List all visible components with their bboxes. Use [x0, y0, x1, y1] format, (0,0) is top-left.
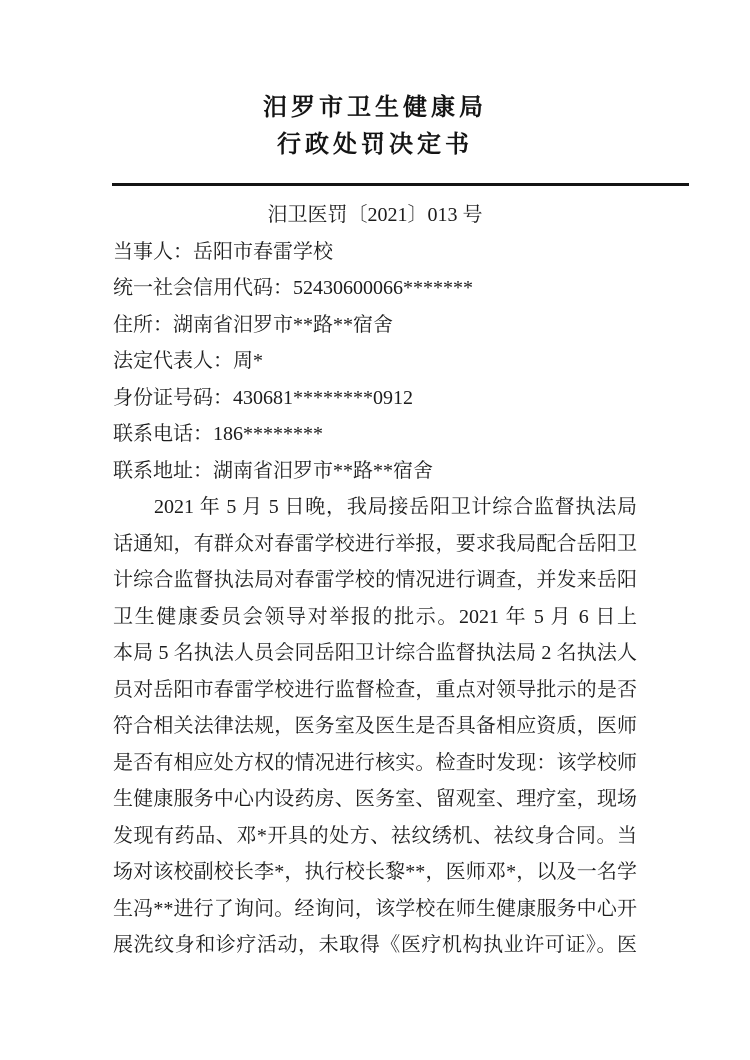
- body-text-line: 发现有药品、邓*开具的处方、祛纹绣机、祛纹身合同。当: [113, 818, 637, 855]
- body-text-line: 展洗纹身和诊疗活动，未取得《医疗机构执业许可证》。医: [113, 927, 637, 964]
- body-text-line: 生冯**进行了询问。经询问，该学校在师生健康服务中心开: [113, 891, 637, 928]
- party-info-section: 当事人：岳阳市春雷学校统一社会信用代码：52430600066*******住所…: [113, 234, 637, 490]
- party-info-line: 身份证号码：430681********0912: [113, 380, 637, 417]
- body-text-line: 场对该校副校长李*，执行校长黎**，医师邓*，以及一名学: [113, 854, 637, 891]
- body-paragraph: 2021 年 5 月 5 日晚，我局接岳阳卫计综合监督执法局电话通知，有群众对春…: [113, 489, 637, 964]
- document-page: 汨罗市卫生健康局 行政处罚决定书 汨卫医罚〔2021〕013 号 当事人：岳阳市…: [0, 0, 750, 1060]
- body-text-line: 是否有相应处方权的情况进行核实。检查时发现：该学校师: [113, 745, 637, 782]
- body-text-line: 生健康服务中心内设药房、医务室、留观室、理疗室，现场: [113, 781, 637, 818]
- body-text-line: 话通知，有群众对春雷学校进行举报，要求我局配合岳阳卫: [113, 526, 637, 563]
- document-number: 汨卫医罚〔2021〕013 号: [113, 197, 637, 234]
- party-info-line: 当事人：岳阳市春雷学校: [113, 234, 637, 271]
- body-text-line: 计综合监督执法局对春雷学校的情况进行调查，并发来岳阳: [113, 562, 637, 599]
- body-text-line: 2021 年 5 月 5 日晚，我局接岳阳卫计综合监督执法局电: [113, 489, 637, 526]
- body-text-line: 员对岳阳市春雷学校进行监督检查，重点对领导批示的是否: [113, 672, 637, 709]
- party-info-line: 法定代表人：周*: [113, 343, 637, 380]
- title-line-doctype: 行政处罚决定书: [0, 127, 750, 164]
- body-text-line: 卫生健康委员会领导对举报的批示。2021 年 5 月 6 日上午，: [113, 599, 637, 636]
- body-text-line: 符合相关法律法规，医务室及医生是否具备相应资质，医师: [113, 708, 637, 745]
- document-title: 汨罗市卫生健康局 行政处罚决定书: [0, 90, 750, 164]
- party-info-line: 住所：湖南省汨罗市**路**宿舍: [113, 307, 637, 344]
- document-content: 汨卫医罚〔2021〕013 号 当事人：岳阳市春雷学校统一社会信用代码：5243…: [113, 197, 637, 964]
- party-info-line: 联系地址：湖南省汨罗市**路**宿舍: [113, 453, 637, 490]
- body-text-line: 本局 5 名执法人员会同岳阳卫计综合监督执法局 2 名执法人: [113, 635, 637, 672]
- party-info-line: 统一社会信用代码：52430600066*******: [113, 270, 637, 307]
- party-info-line: 联系电话：186********: [113, 416, 637, 453]
- header-separator-line: [112, 183, 689, 186]
- title-line-agency: 汨罗市卫生健康局: [0, 90, 750, 127]
